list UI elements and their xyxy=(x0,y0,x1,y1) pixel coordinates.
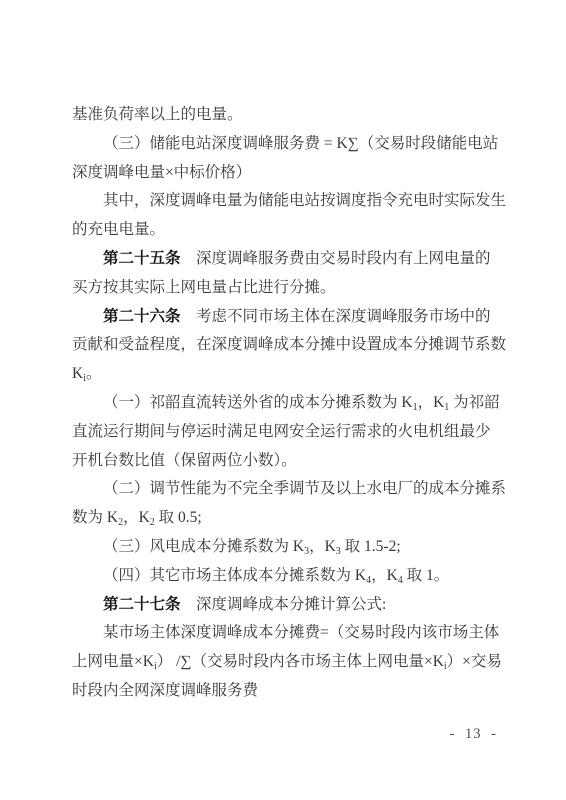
body-text: （三）风电成本分摊系数为 K xyxy=(103,538,304,555)
text-line: 数为 K2，K2 取 0.5; xyxy=(72,504,512,533)
body-text: （三）储能电站深度调峰服务费 = K∑（交易时段储能电站 xyxy=(103,135,498,152)
body-text: ）×交易 xyxy=(447,653,502,670)
text-line: （一）祁韶直流转送外省的成本分摊系数为 K1，K1 为祁韶 xyxy=(72,389,512,418)
body-text: （一）祁韶直流转送外省的成本分摊系数为 K xyxy=(103,394,413,411)
article-heading: 第二十五条 xyxy=(103,250,181,267)
page-number: - 13 - xyxy=(450,724,497,744)
text-line: （四）其它市场主体成本分摊系数为 K4，K4 取 1。 xyxy=(72,562,512,591)
body-text: 深度调峰电量×中标价格） xyxy=(72,164,251,181)
text-line: 某市场主体深度调峰成本分摊费=（交易时段内该市场主体 xyxy=(72,619,512,648)
text-line: 贡献和受益程度，在深度调峰成本分摊中设置成本分摊调节系数 xyxy=(72,331,512,360)
body-text: 的充电电量。 xyxy=(72,221,165,238)
body-text: 考虑不同市场主体在深度调峰服务市场中的 xyxy=(181,308,491,325)
body-text: ，K xyxy=(418,394,445,411)
article-heading: 第二十六条 xyxy=(103,308,181,325)
body-text: 数为 K xyxy=(72,509,118,526)
body-text: 。 xyxy=(86,365,102,382)
text-line: 直流运行期间与停运时满足电网安全运行需求的火电机组最少 xyxy=(72,418,512,447)
text-line: （三）储能电站深度调峰服务费 = K∑（交易时段储能电站 xyxy=(72,130,512,159)
body-text: 贡献和受益程度，在深度调峰成本分摊中设置成本分摊调节系数 xyxy=(72,336,506,353)
body-text: ） /∑（交易时段内各市场主体上网电量×K xyxy=(157,653,444,670)
body-text: 为祁韶 xyxy=(449,394,499,411)
text-line: 第二十五条 深度调峰服务费由交易时段内有上网电量的 xyxy=(72,245,512,274)
body-text: （二）调节性能为不完全季调节及以上水电厂的成本分摊系 xyxy=(103,480,506,497)
body-text: 深度调峰成本分摊计算公式: xyxy=(181,596,387,613)
body-text: ，K xyxy=(123,509,150,526)
text-line: 其中，深度调峰电量为储能电站按调度指令充电时实际发生 xyxy=(72,187,512,216)
body-text: 取 0.5; xyxy=(155,509,202,526)
text-line: （二）调节性能为不完全季调节及以上水电厂的成本分摊系 xyxy=(72,475,512,504)
body-text: 上网电量×K xyxy=(72,653,154,670)
body-text: ，K xyxy=(371,567,398,584)
body-text: （四）其它市场主体成本分摊系数为 K xyxy=(103,567,366,584)
body-text: 直流运行期间与停运时满足电网安全运行需求的火电机组最少 xyxy=(72,423,491,440)
text-line: 买方按其实际上网电量占比进行分摊。 xyxy=(72,274,512,303)
body-text: 基准负荷率以上的电量。 xyxy=(72,106,243,123)
text-line: （三）风电成本分摊系数为 K3，K3 取 1.5-2; xyxy=(72,533,512,562)
text-line: 时段内全网深度调峰服务费 xyxy=(72,677,512,706)
article-heading: 第二十七条 xyxy=(103,596,181,613)
body-text: 深度调峰服务费由交易时段内有上网电量的 xyxy=(181,250,491,267)
text-line: 开机台数比值（保留两位小数）。 xyxy=(72,447,512,476)
text-line: 基准负荷率以上的电量。 xyxy=(72,101,512,130)
body-text: ，K xyxy=(309,538,336,555)
text-line: 第二十七条 深度调峰成本分摊计算公式: xyxy=(72,591,512,620)
body-text: 取 1.5-2; xyxy=(341,538,401,555)
document-lines: 基准负荷率以上的电量。（三）储能电站深度调峰服务费 = K∑（交易时段储能电站深… xyxy=(72,101,512,706)
body-text: 其中，深度调峰电量为储能电站按调度指令充电时实际发生 xyxy=(103,192,506,209)
text-line: Ki。 xyxy=(72,360,512,389)
body-text: 某市场主体深度调峰成本分摊费=（交易时段内该市场主体 xyxy=(103,624,499,641)
text-line: 深度调峰电量×中标价格） xyxy=(72,159,512,188)
body-text: K xyxy=(72,365,83,382)
document-page: 基准负荷率以上的电量。（三）储能电站深度调峰服务费 = K∑（交易时段储能电站深… xyxy=(0,0,566,800)
text-line: 的充电电量。 xyxy=(72,216,512,245)
body-text: 买方按其实际上网电量占比进行分摊。 xyxy=(72,279,336,296)
body-text: 时段内全网深度调峰服务费 xyxy=(72,682,258,699)
text-line: 上网电量×Ki） /∑（交易时段内各市场主体上网电量×Ki）×交易 xyxy=(72,648,512,677)
body-text: 开机台数比值（保留两位小数）。 xyxy=(72,452,297,469)
body-text: 取 1。 xyxy=(403,567,450,584)
text-line: 第二十六条 考虑不同市场主体在深度调峰服务市场中的 xyxy=(72,303,512,332)
